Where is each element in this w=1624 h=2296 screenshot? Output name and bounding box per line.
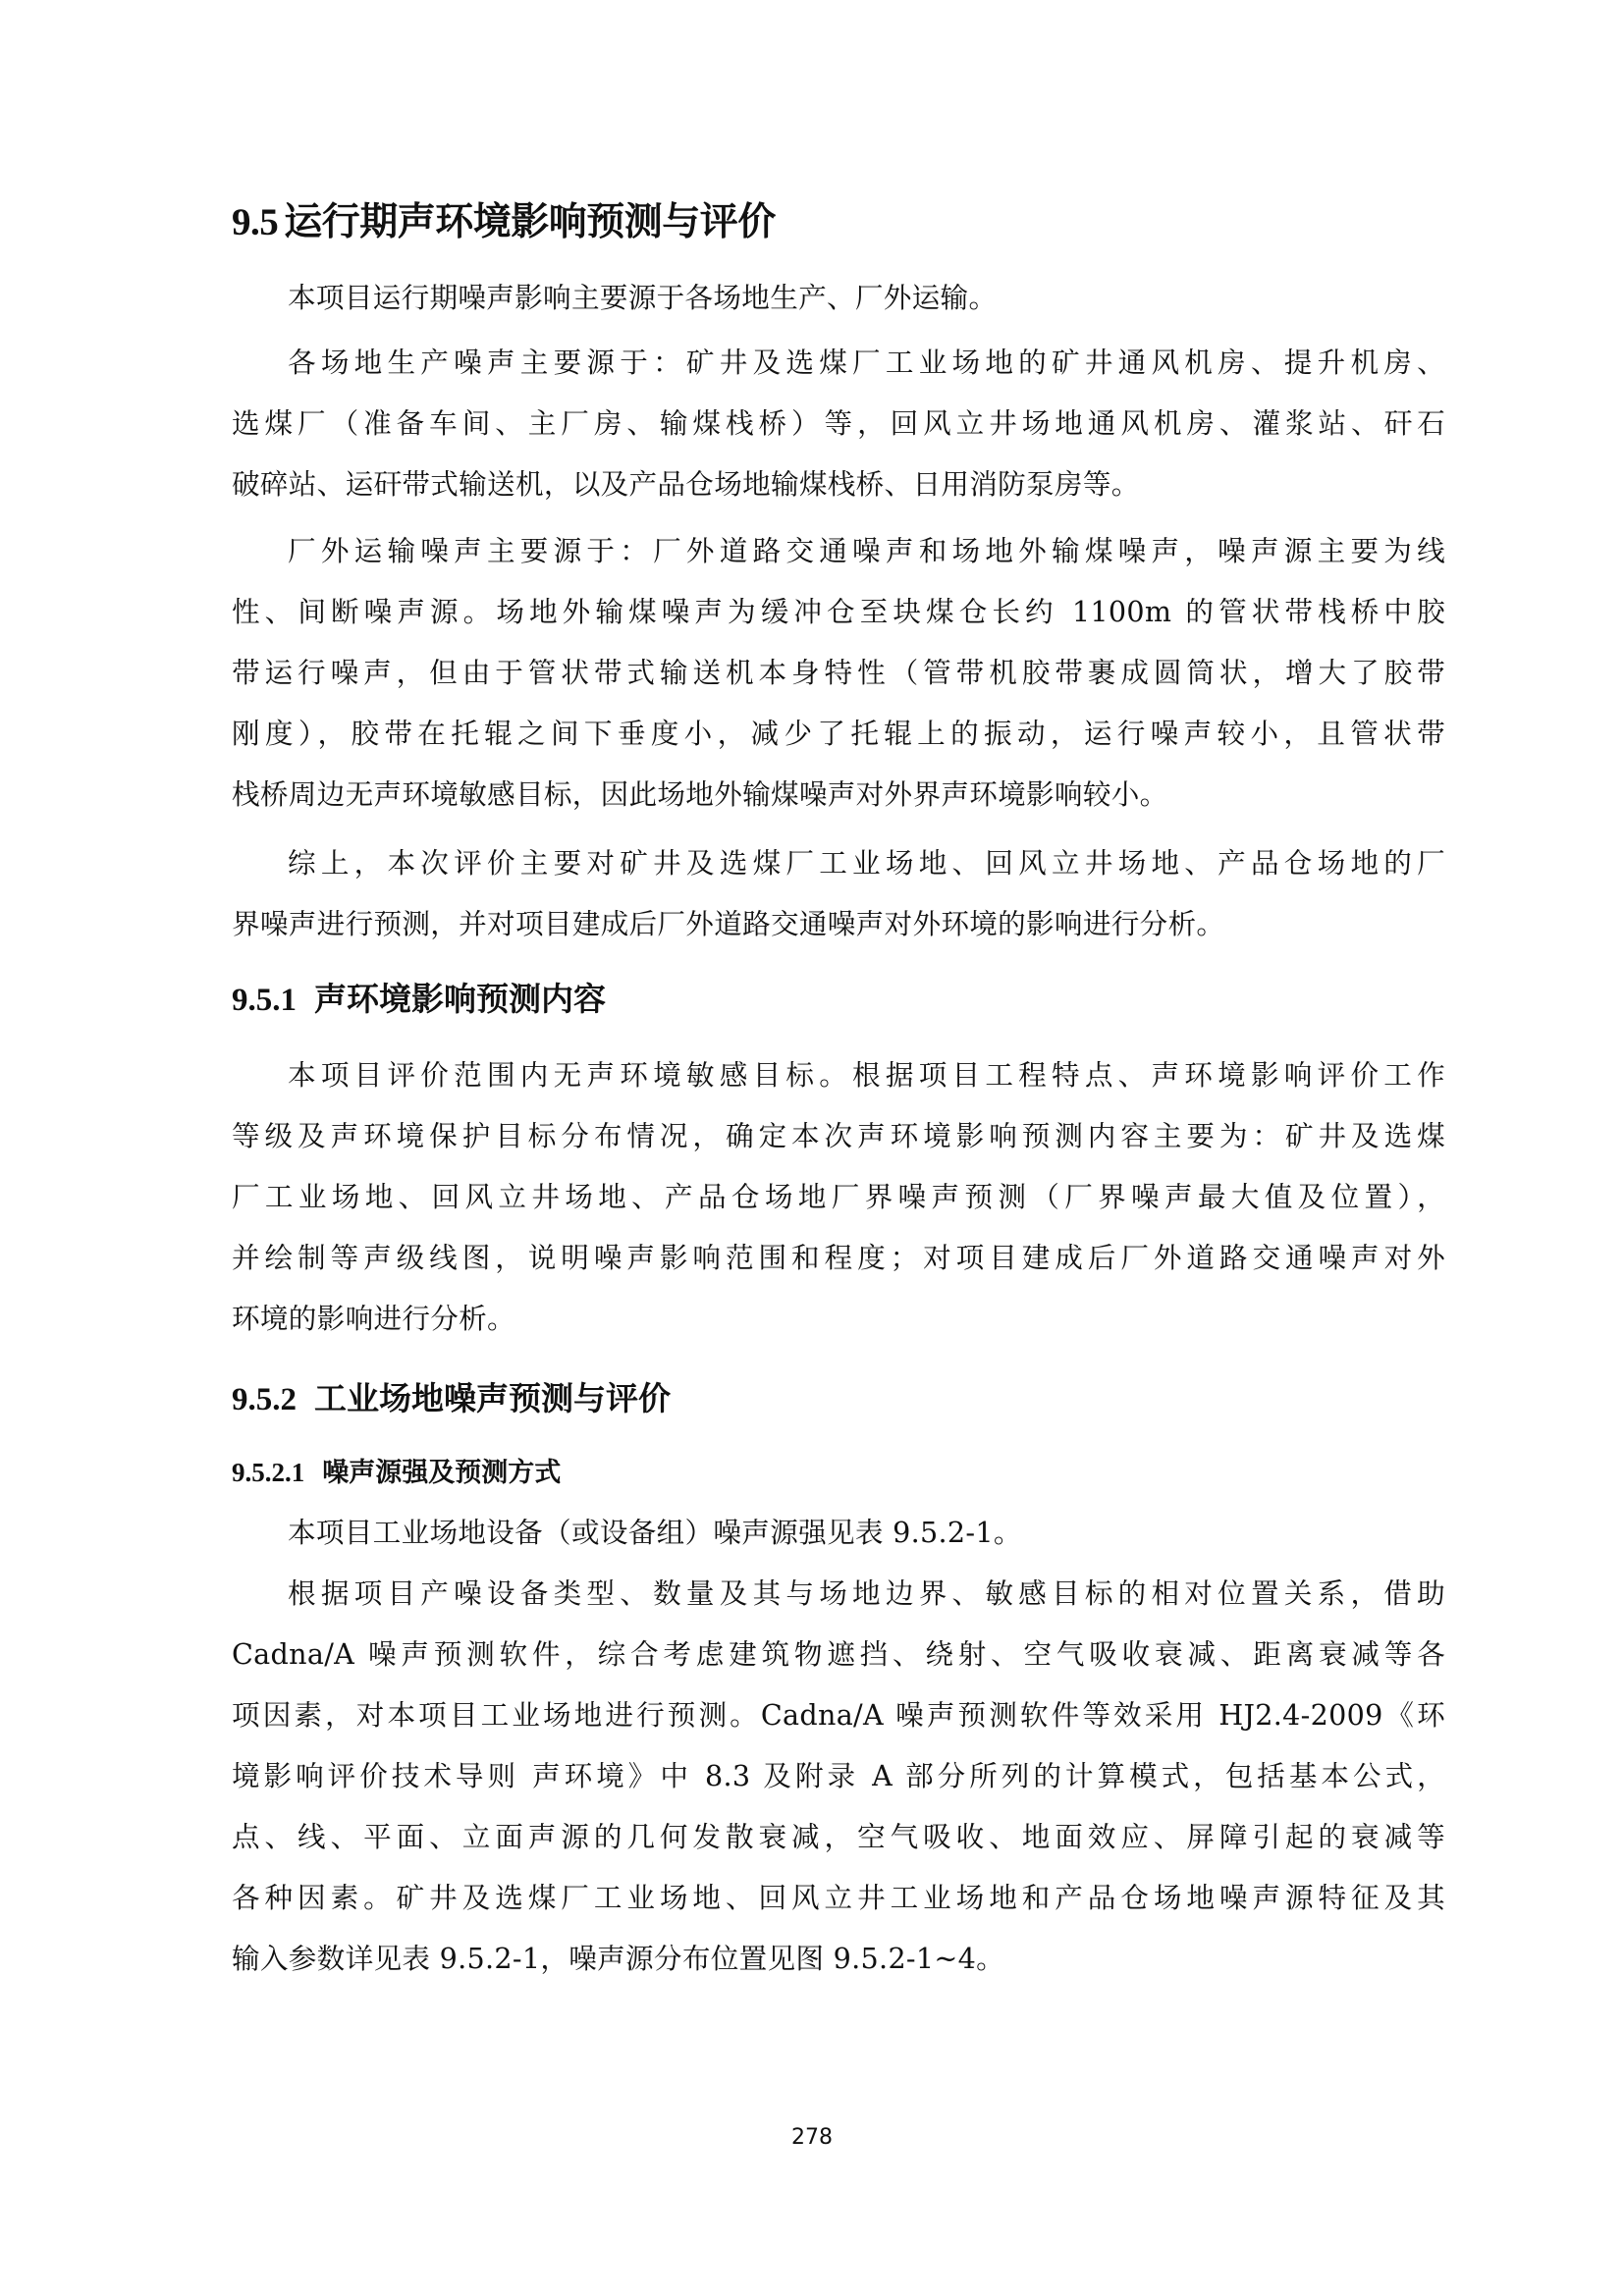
text-line: 综上，本次评价主要对矿井及选煤厂工业场地、回风立井场地、产品仓场地的厂 — [232, 832, 1445, 893]
text-line: Cadna/A 噪声预测软件，综合考虑建筑物遮挡、绕射、空气吸收衰减、距离衰减等… — [232, 1624, 1445, 1684]
text-line: 点、线、平面、立面声源的几何发散衰减，空气吸收、地面效应、屏障引起的衰减等 — [232, 1806, 1445, 1867]
text-line: 项因素，对本项目工业场地进行预测。Cadna/A 噪声预测软件等效采用 HJ2.… — [232, 1684, 1445, 1745]
text-line: 界噪声进行预测，并对项目建成后厂外道路交通噪声对外环境的影响进行分析。 — [232, 893, 1445, 954]
section-number: 9.5.1 — [232, 983, 297, 1018]
text-line: 刚度），胶带在托辊之间下垂度小，减少了托辊上的振动，运行噪声较小，且管状带 — [232, 703, 1445, 764]
section-heading-9-5-2: 9.5.2工业场地噪声预测与评价 — [232, 1377, 671, 1421]
text-line: 破碎站、运矸带式输送机，以及产品仓场地输煤栈桥、日用消防泵房等。 — [232, 454, 1445, 514]
text-line: 各场地生产噪声主要源于：矿井及选煤厂工业场地的矿井通风机房、提升机房、 — [232, 332, 1445, 393]
text-line: 等级及声环境保护目标分布情况，确定本次声环境影响预测内容主要为：矿井及选煤 — [232, 1105, 1445, 1166]
text-line: 各种因素。矿井及选煤厂工业场地、回风立井工业场地和产品仓场地噪声源特征及其 — [232, 1867, 1445, 1928]
section-heading-9-5-1: 9.5.1声环境影响预测内容 — [232, 978, 606, 1022]
text-line: 选煤厂（准备车间、主厂房、输煤栈桥）等，回风立井场地通风机房、灌浆站、矸石 — [232, 393, 1445, 454]
paragraph: 各场地生产噪声主要源于：矿井及选煤厂工业场地的矿井通风机房、提升机房、 选煤厂（… — [232, 332, 1445, 514]
text-line: 环境的影响进行分析。 — [232, 1288, 1445, 1349]
text-line: 带运行噪声，但由于管状带式输送机本身特性（管带机胶带裹成圆筒状，增大了胶带 — [232, 642, 1445, 703]
text-line: 输入参数详见表 9.5.2-1，噪声源分布位置见图 9.5.2-1~4。 — [232, 1928, 1445, 1989]
text-line: 栈桥周边无声环境敏感目标，因此场地外输煤噪声对外界声环境影响较小。 — [232, 764, 1445, 825]
text-line: 性、间断噪声源。场地外输煤噪声为缓冲仓至块煤仓长约 1100m 的管状带栈桥中胶 — [232, 581, 1445, 642]
text-line: 本项目工业场地设备（或设备组）噪声源强见表 9.5.2-1。 — [232, 1502, 1445, 1563]
paragraph: 根据项目产噪设备类型、数量及其与场地边界、敏感目标的相对位置关系，借助 Cadn… — [232, 1563, 1445, 1989]
section-number: 9.5.2 — [232, 1382, 297, 1417]
section-title: 工业场地噪声预测与评价 — [314, 1379, 671, 1417]
page-number: 278 — [0, 2123, 1624, 2153]
text-line: 厂工业场地、回风立井场地、产品仓场地厂界噪声预测（厂界噪声最大值及位置）， — [232, 1166, 1445, 1227]
section-number: 9.5.2.1 — [232, 1458, 304, 1487]
section-title: 噪声源强及预测方式 — [322, 1458, 561, 1488]
text-line: 境影响评价技术导则 声环境》中 8.3 及附录 A 部分所列的计算模式，包括基本… — [232, 1745, 1445, 1806]
section-heading-9-5: 9.5运行期声环境影响预测与评价 — [232, 199, 776, 246]
text-line: 根据项目产噪设备类型、数量及其与场地边界、敏感目标的相对位置关系，借助 — [232, 1563, 1445, 1624]
text-line: 并绘制等声级线图，说明噪声影响范围和程度；对项目建成后厂外道路交通噪声对外 — [232, 1227, 1445, 1288]
section-heading-9-5-2-1: 9.5.2.1噪声源强及预测方式 — [232, 1454, 561, 1492]
paragraph: 本项目工业场地设备（或设备组）噪声源强见表 9.5.2-1。 — [232, 1502, 1445, 1563]
section-title: 声环境影响预测内容 — [314, 980, 606, 1018]
section-number: 9.5 — [232, 201, 278, 243]
paragraph: 厂外运输噪声主要源于：厂外道路交通噪声和场地外输煤噪声，噪声源主要为线 性、间断… — [232, 520, 1445, 825]
paragraph: 本项目评价范围内无声环境敏感目标。根据项目工程特点、声环境影响评价工作 等级及声… — [232, 1044, 1445, 1349]
text-line: 本项目评价范围内无声环境敏感目标。根据项目工程特点、声环境影响评价工作 — [232, 1044, 1445, 1105]
text-line: 厂外运输噪声主要源于：厂外道路交通噪声和场地外输煤噪声，噪声源主要为线 — [232, 520, 1445, 581]
section-title: 运行期声环境影响预测与评价 — [284, 200, 776, 244]
text-line: 本项目运行期噪声影响主要源于各场地生产、厂外运输。 — [232, 267, 1445, 328]
paragraph: 综上，本次评价主要对矿井及选煤厂工业场地、回风立井场地、产品仓场地的厂 界噪声进… — [232, 832, 1445, 954]
paragraph: 本项目运行期噪声影响主要源于各场地生产、厂外运输。 — [232, 267, 1445, 328]
